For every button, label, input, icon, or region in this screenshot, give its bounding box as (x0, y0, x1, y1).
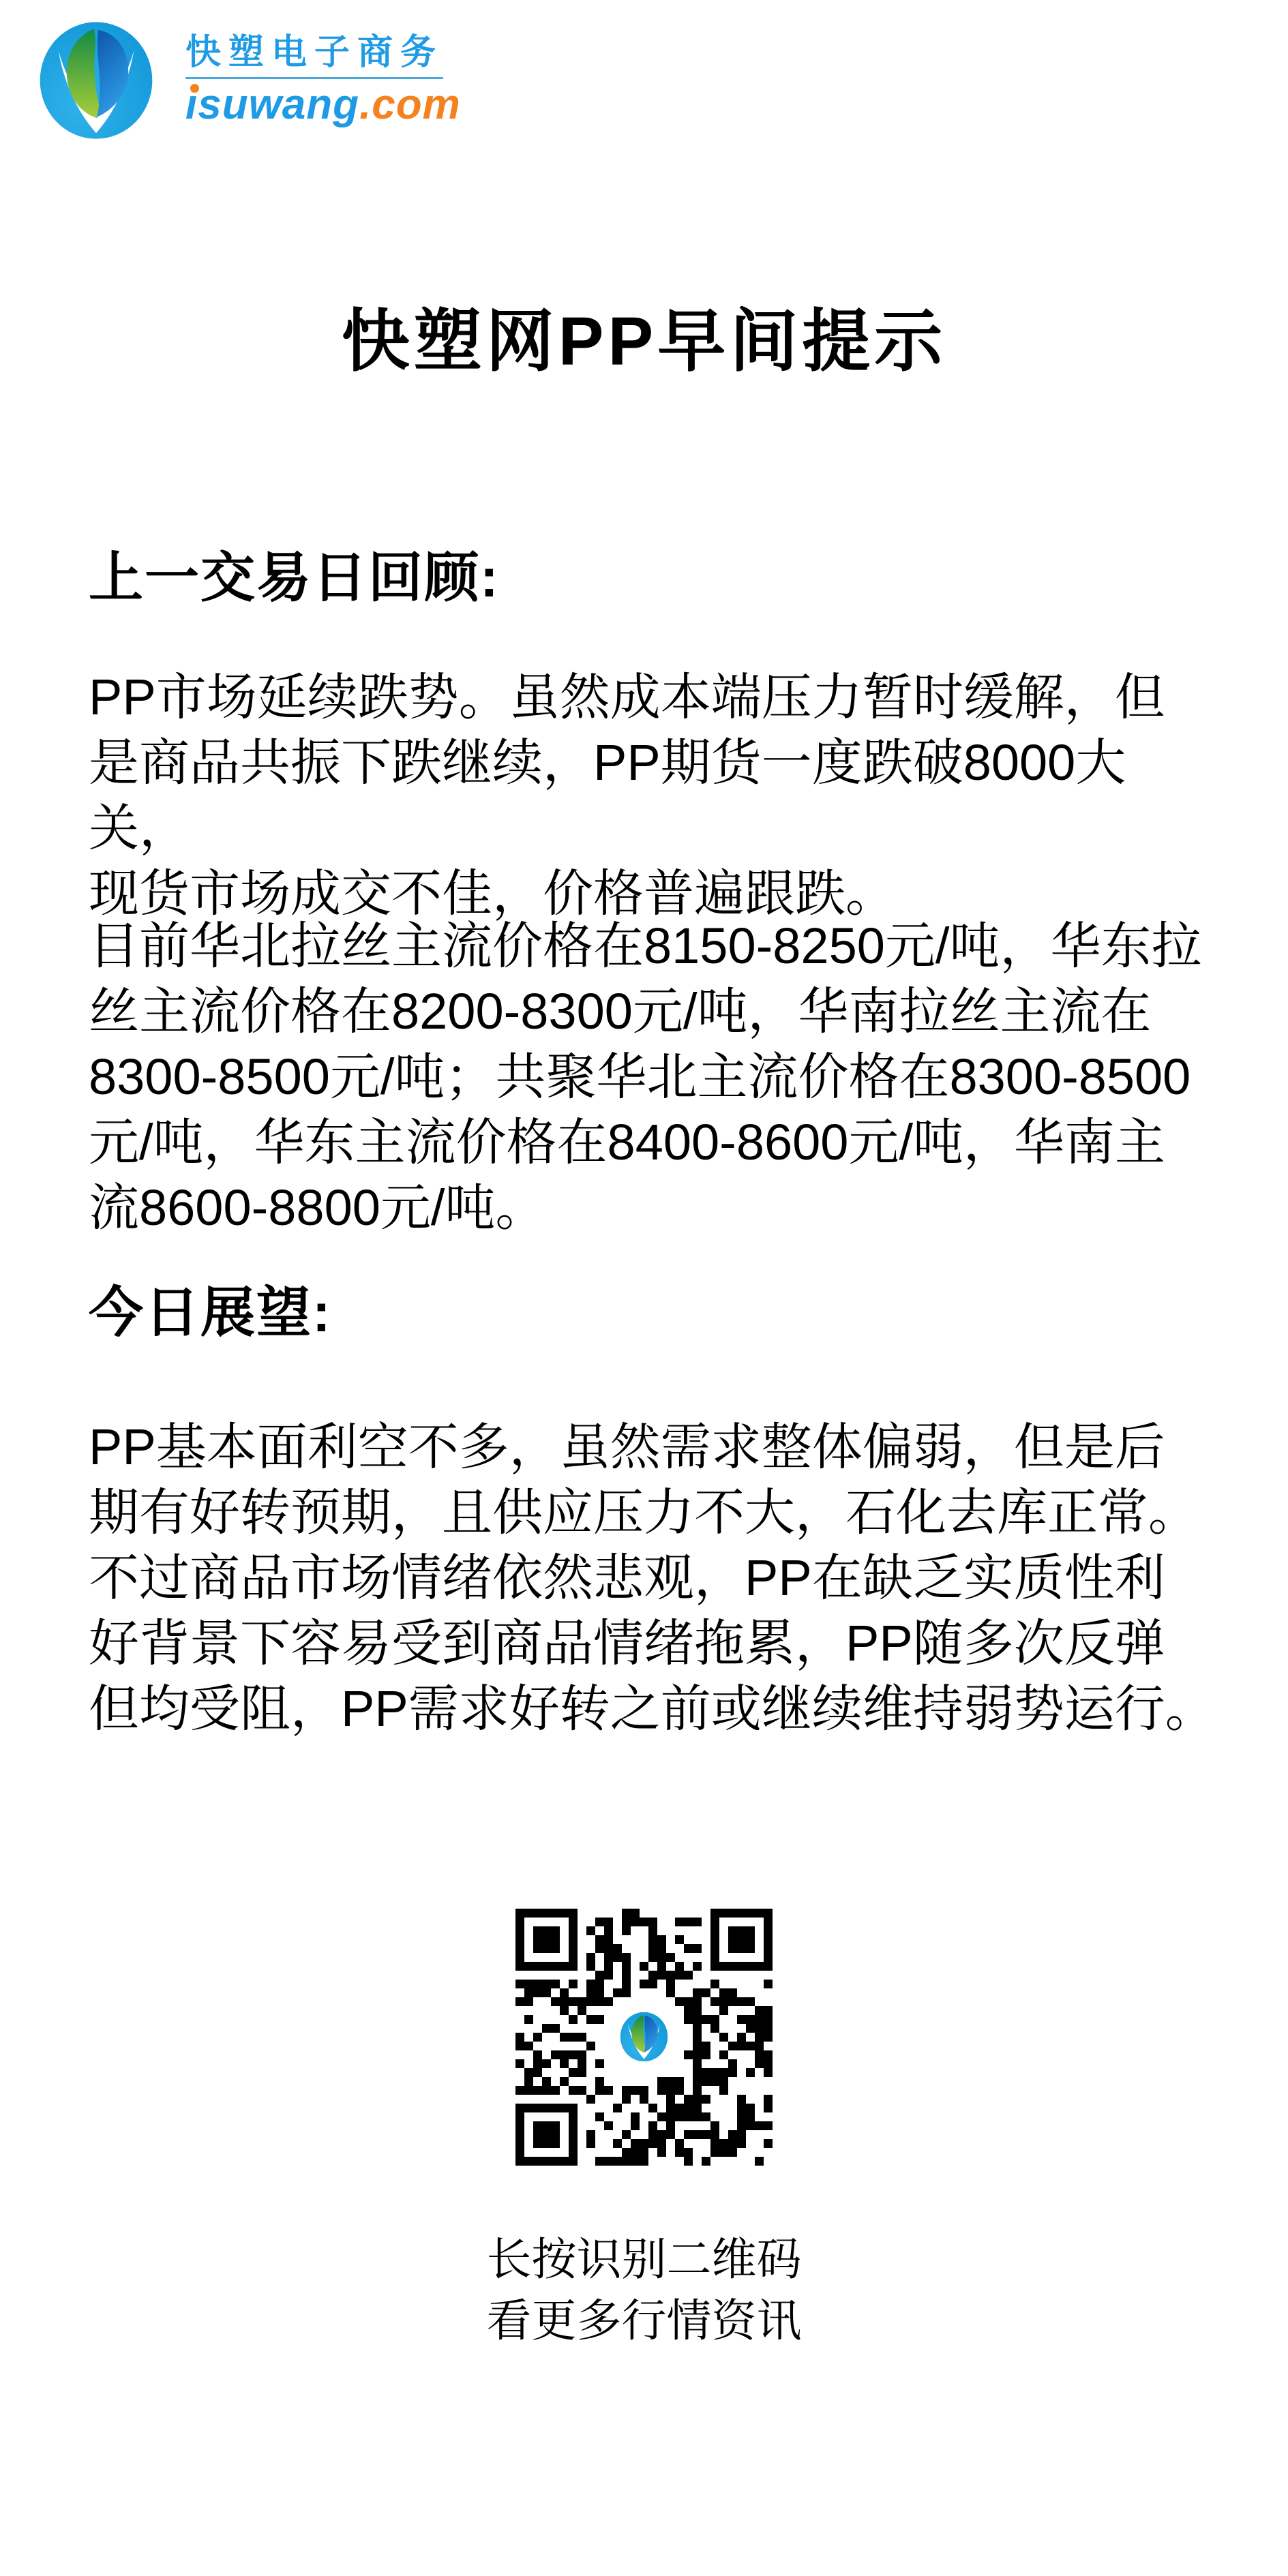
article-title: 快塑网PP早间提示 (0, 301, 1288, 382)
isuwang-logo-icon (39, 20, 153, 140)
logo-text: 快塑电子商务 isuwang.com (185, 31, 458, 127)
article-page: 快塑电子商务 isuwang.com 快塑网PP早间提示 上一交易日回顾: PP… (0, 0, 1288, 2576)
brand-name-chinese: 快塑电子商务 (185, 31, 458, 74)
section-heading-review: 上一交易日回顾: (89, 545, 500, 611)
qr-code[interactable] (515, 1909, 773, 2166)
qr-caption: 长按识别二维码 看更多行情资讯 (0, 2228, 1288, 2351)
section-heading-outlook: 今日展望: (89, 1280, 332, 1346)
brand-domain: isuwang.com (185, 82, 458, 127)
logo-divider (185, 77, 443, 79)
brand-logo: 快塑电子商务 isuwang.com (39, 20, 462, 150)
outlook-paragraph: PP基本面利空不多，虽然需求整体偏弱，但是后 期有好转预期，且供应压力不大，石化… (89, 1414, 1220, 1742)
qr-code-image[interactable] (515, 1909, 773, 2166)
brand-domain-suffix: .com (359, 81, 461, 128)
review-paragraph-market: PP市场延续跌势。虽然成本端压力暂时缓解，但 是商品共振下跌继续，PP期货一度跌… (89, 665, 1220, 926)
brand-domain-main: isuwang (185, 82, 359, 127)
review-paragraph-prices: 目前华北拉丝主流价格在8150-8250元/吨，华东拉 丝主流价格在8200-8… (89, 913, 1220, 1241)
